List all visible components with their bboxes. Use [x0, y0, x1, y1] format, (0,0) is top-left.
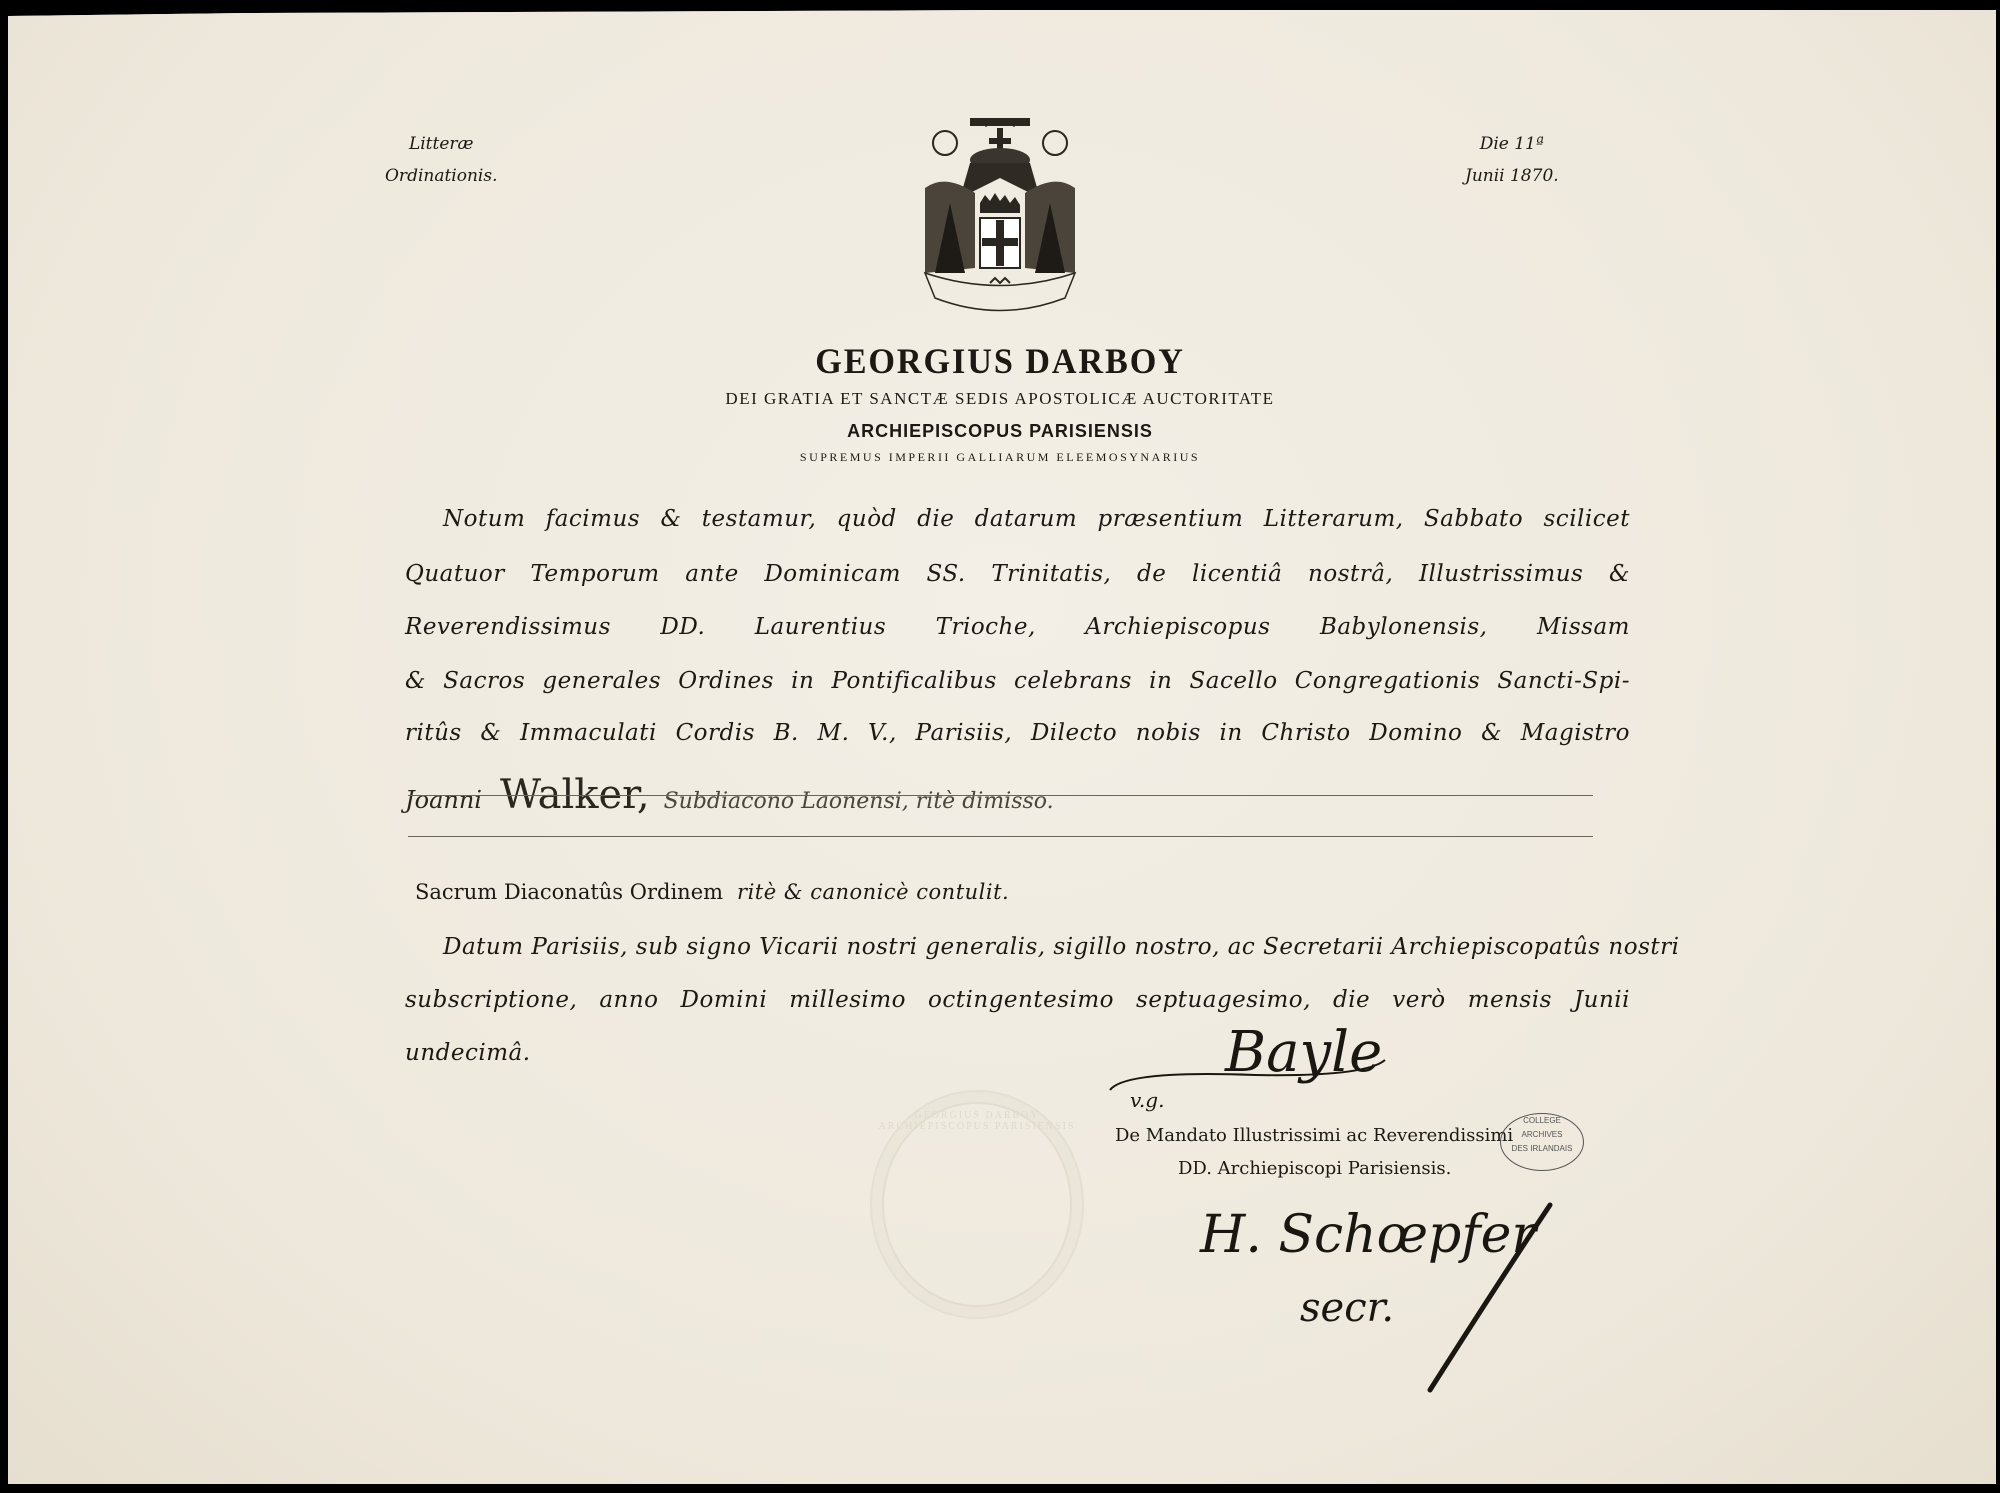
order-conferred-line: Sacrum Diaconatûs Ordinem ritè & canonic… [415, 880, 1009, 904]
fill-line-2 [408, 836, 1593, 837]
mandate-line-2: DD. Archiepiscopi Parisiensis. [1178, 1158, 1451, 1179]
closing-line-1: Datum Parisiis, sub signo Vicarii nostri… [405, 934, 1630, 960]
archives-stamp: COLLEGE ARCHIVES DES IRLANDAIS [1500, 1113, 1584, 1171]
body-line-4: & Sacros generales Ordines in Pontifical… [405, 668, 1630, 694]
closing-line-2: subscriptione, anno Domini millesimo oct… [405, 987, 1630, 1013]
coat-of-arms-icon [905, 108, 1095, 323]
embossed-seal-icon: GEORGIUS DARBOY ARCHIEPISCOPUS PARISIENS… [870, 1090, 1084, 1319]
body-line-3: Reverendissimus DD. Laurentius Trioche, … [405, 614, 1630, 640]
body-line-5: ritûs & Immaculati Cordis B. M. V., Pari… [405, 720, 1630, 746]
header-left: Litteræ Ordinationis. [385, 128, 497, 192]
header-left-line1: Litteræ [385, 128, 497, 160]
mandate-line-1: De Mandato Illustrissimi ac Reverendissi… [1115, 1125, 1513, 1146]
header-left-line2: Ordinationis. [385, 160, 497, 192]
closing-line-3: undecimâ. [405, 1040, 531, 1066]
issuer-title-line: DEI GRATIA ET SANCTÆ SEDIS APOSTOLICÆ AU… [0, 389, 2000, 409]
fill-line-1 [408, 795, 1593, 796]
recipient-details: Subdiacono Laonensi, ritè dimisso. [664, 789, 1054, 814]
header-date: Die 11ª Junii 1870. [1465, 128, 1559, 192]
secretary-suffix: secr. [1300, 1285, 1394, 1331]
body-line-2: Quatuor Temporum ante Dominicam SS. Trin… [405, 561, 1630, 587]
issuer-archbishop-line: ARCHIEPISCOPUS PARISIENSIS [0, 421, 2000, 442]
header-date-line2: Junii 1870. [1465, 160, 1559, 192]
header-date-line1: Die 11ª [1465, 128, 1559, 160]
order-name: Sacrum Diaconatûs Ordinem [415, 880, 723, 904]
order-rest: ritè & canonicè contulit. [737, 880, 1009, 904]
issuer-name: GEORGIUS DARBOY [50, 340, 1950, 382]
recipient-prefix: Joanni [405, 786, 482, 814]
body-line-1: Notum facimus & testamur, quòd die datar… [405, 506, 1630, 532]
issuer-almoner-line: SUPREMUS IMPERII GALLIARUM ELEEMOSYNARIU… [0, 450, 2000, 465]
signature-stroke-icon [1400, 1200, 1560, 1400]
vicar-suffix: v.g. [1130, 1088, 1164, 1112]
